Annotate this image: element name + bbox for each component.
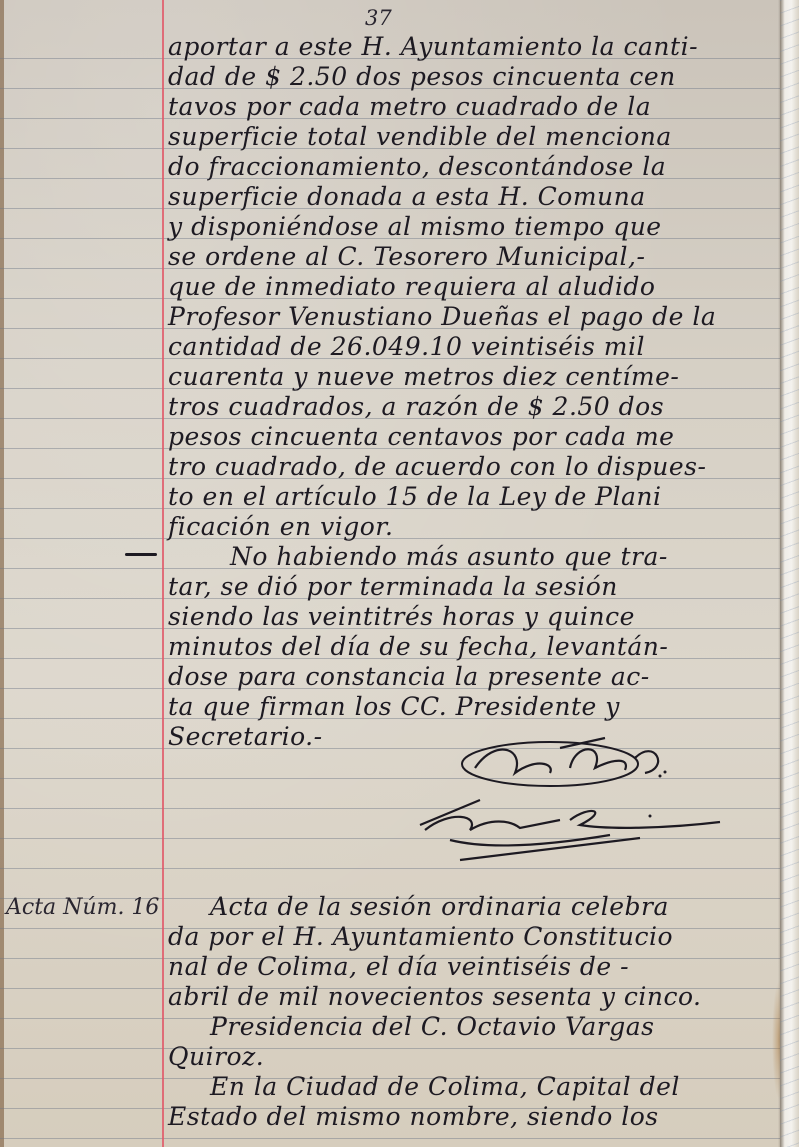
text-line: do fraccionamiento, descontándose la xyxy=(168,152,666,182)
ruled-line xyxy=(0,868,786,869)
text-line: dad de $ 2.50 dos pesos cincuenta cen xyxy=(168,62,676,92)
margin-dash-mark xyxy=(125,553,157,556)
text-line: que de inmediato requiera al aludido xyxy=(168,272,655,302)
text-line: pesos cincuenta centavos por cada me xyxy=(168,422,674,452)
text-line: Presidencia del C. Octavio Vargas xyxy=(210,1012,654,1042)
book-spine-edge xyxy=(0,0,4,1147)
ruled-line xyxy=(0,1138,786,1139)
text-line: Quiroz. xyxy=(168,1042,264,1072)
text-line: siendo las veintitrés horas y quince xyxy=(168,602,635,632)
text-line: No habiendo más asunto que tra- xyxy=(230,542,668,572)
text-line: ficación en vigor. xyxy=(168,512,393,542)
text-line: Estado del mismo nombre, siendo los xyxy=(168,1102,659,1132)
page-number: 37 xyxy=(365,6,392,30)
text-line: abril de mil novecientos sesenta y cinco… xyxy=(168,982,702,1012)
text-line: cantidad de 26.049.10 veintiséis mil xyxy=(168,332,645,362)
text-line: En la Ciudad de Colima, Capital del xyxy=(210,1072,680,1102)
ledger-page: 37 aportar a este H. Ayuntamiento la can… xyxy=(0,0,786,1147)
text-line: Secretario.- xyxy=(168,722,323,752)
signature-secretary xyxy=(410,790,730,865)
text-line: aportar a este H. Ayuntamiento la canti- xyxy=(168,32,698,62)
text-line: nal de Colima, el día veintiséis de - xyxy=(168,952,629,982)
text-line: superficie donada a esta H. Comuna xyxy=(168,182,646,212)
text-line: dose para constancia la presente ac- xyxy=(168,662,650,692)
text-line: minutos del día de su fecha, levantán- xyxy=(168,632,668,662)
text-line: tar, se dió por terminada la sesión xyxy=(168,572,618,602)
text-line: tros cuadrados, a razón de $ 2.50 dos xyxy=(168,392,664,422)
margin-note-acta-number: Acta Núm. 16 xyxy=(6,895,159,920)
text-line: se ordene al C. Tesorero Municipal,- xyxy=(168,242,645,272)
text-line: superficie total vendible del menciona xyxy=(168,122,672,152)
text-line: cuarenta y nueve metros diez centíme- xyxy=(168,362,679,392)
underlying-page-edge xyxy=(780,0,799,1147)
red-margin-line xyxy=(162,0,164,1147)
ruled-line xyxy=(0,1048,786,1049)
text-line: Acta de la sesión ordinaria celebra xyxy=(210,892,669,922)
signature-president xyxy=(455,728,685,798)
text-line: tro cuadrado, de acuerdo con lo dispues- xyxy=(168,452,706,482)
text-line: Profesor Venustiano Dueñas el pago de la xyxy=(168,302,716,332)
text-line: da por el H. Ayuntamiento Constitucio xyxy=(168,922,673,952)
text-line: to en el artículo 15 de la Ley de Plani xyxy=(168,482,662,512)
text-line: tavos por cada metro cuadrado de la xyxy=(168,92,651,122)
text-line: ta que firman los CC. Presidente y xyxy=(168,692,620,722)
text-line: y disponiéndose al mismo tiempo que xyxy=(168,212,662,242)
